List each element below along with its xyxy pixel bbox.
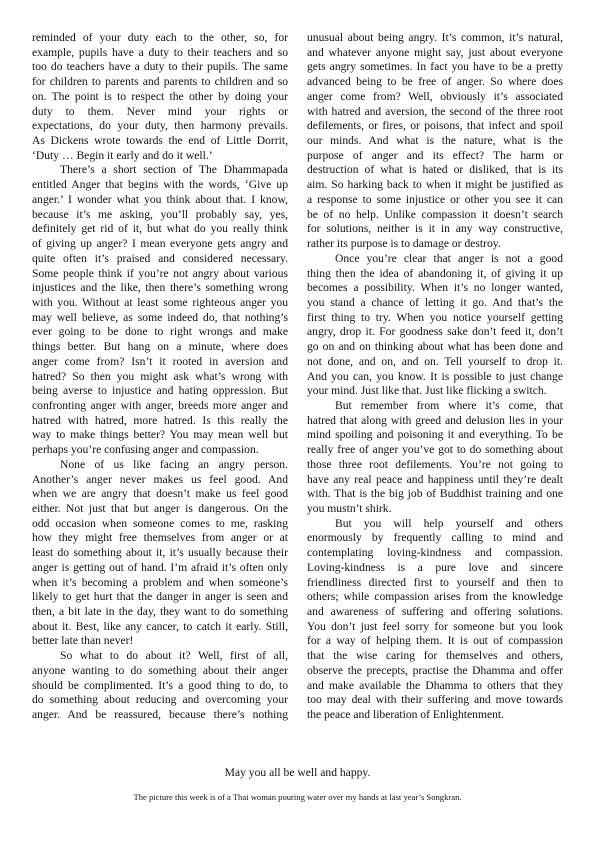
text-line: hatred that along with greed and delusio… xyxy=(307,414,563,429)
paragraph: But you will help yourself and otherseno… xyxy=(307,517,563,723)
text-line: Once you’re clear that anger is not a go… xyxy=(307,252,563,267)
text-line: quite often it’s praised and considered … xyxy=(32,252,288,267)
text-line: hatred with hatred, more hatred. Is this… xyxy=(32,414,288,429)
text-line: enormously by frequently calling to mind… xyxy=(307,531,563,546)
text-line: the peace and liberation of Enlightenmen… xyxy=(307,708,563,723)
text-line: rather its purpose is to damage or destr… xyxy=(307,237,563,252)
text-line: mind spoiling and poisoning it and every… xyxy=(307,428,563,443)
text-line: purpose of anger and its effect? The har… xyxy=(307,149,563,164)
text-line: contemplating loving-kindness and compas… xyxy=(307,546,563,561)
text-line: There’s a short section of The Dhammapad… xyxy=(32,163,288,178)
text-line: and whatever anyone might say, just abou… xyxy=(307,46,563,61)
text-line: duty to them. Never mind your rights or xyxy=(32,105,288,120)
text-line: have any real peace and happiness until … xyxy=(307,473,563,488)
paragraph: There’s a short section of The Dhammapad… xyxy=(32,163,288,457)
text-line: aim. So harking back to when it might be… xyxy=(307,178,563,193)
text-line: confronting anger with anger, breeds mor… xyxy=(32,399,288,414)
picture-caption: The picture this week is of a Thai woman… xyxy=(0,792,595,802)
text-line: gets angry sometimes. In fact you have t… xyxy=(307,60,563,75)
text-line: destruction of what is hated or disliked… xyxy=(307,163,563,178)
paragraph: reminded of your duty each to the other,… xyxy=(32,31,288,163)
text-line: You don’t just feel sorry for someone bu… xyxy=(307,620,563,635)
paragraph: So what to do about it? Well, first of a… xyxy=(32,649,288,723)
text-line: first thing to try. When you notice your… xyxy=(307,311,563,326)
text-line: either. Not just that but anger is dange… xyxy=(32,502,288,517)
text-line: your mind. Just like that. Just like fli… xyxy=(307,384,563,399)
text-line: when it’s becoming a problem and when so… xyxy=(32,576,288,591)
text-line: a response to some injustice or other yo… xyxy=(307,193,563,208)
text-line: others; while compassion arises from the… xyxy=(307,590,563,605)
text-line: perhaps you’re confusing anger and compa… xyxy=(32,443,288,458)
right-column: unusual about being angry. It’s common, … xyxy=(307,31,563,723)
left-column: reminded of your duty each to the other,… xyxy=(32,31,288,723)
text-line: for solutions, neither is it in any way … xyxy=(307,222,563,237)
text-line: things better. But hang on a minute, whe… xyxy=(32,340,288,355)
text-line: really free of anger you’ve got to do so… xyxy=(307,443,563,458)
text-line: reminded of your duty each to the other,… xyxy=(32,31,288,46)
text-line: too do teachers have a duty to their pup… xyxy=(32,60,288,75)
text-line: not done, and on, and on. Tell yourself … xyxy=(307,355,563,370)
text-line: better late than never! xyxy=(32,634,288,649)
paragraph: unusual about being angry. It’s common, … xyxy=(307,31,563,252)
text-line: And you can, you know. It is possible to… xyxy=(307,370,563,385)
text-line: example, pupils have a duty to their tea… xyxy=(32,46,288,61)
text-line: likely to get hurt that the danger in an… xyxy=(32,590,288,605)
text-line: injustices and the like, then there’s so… xyxy=(32,281,288,296)
text-line: anger come from? Isn’t it rooted in aver… xyxy=(32,355,288,370)
text-line: anger come from? Well, obviously it’s as… xyxy=(307,90,563,105)
text-line: you mustn’t shirk. xyxy=(307,502,563,517)
text-line: with. That is the big job of Buddhist tr… xyxy=(307,487,563,502)
text-line: for children to parents and parents to c… xyxy=(32,75,288,90)
text-line: odd occasion when someone comes to me, r… xyxy=(32,517,288,532)
text-line: Loving-kindness is a pure love and since… xyxy=(307,561,563,576)
text-line: unusual about being angry. It’s common, … xyxy=(307,31,563,46)
text-line: thing then the idea of abandoning it, of… xyxy=(307,267,563,282)
text-line: least do something about it, it’s usuall… xyxy=(32,546,288,561)
text-line: friendliness directed first to yourself … xyxy=(307,576,563,591)
text-line: way to make things better? You may mean … xyxy=(32,428,288,443)
text-line: anger is getting out of hand. I’m afraid… xyxy=(32,561,288,576)
text-line: Another’s anger never makes us feel good… xyxy=(32,473,288,488)
text-line: and awareness of suffering and offering … xyxy=(307,605,563,620)
text-line: our minds. And what is the nature, what … xyxy=(307,134,563,149)
text-line: advanced being to be free of anger. So w… xyxy=(307,75,563,90)
paragraph: None of us like facing an angry person.A… xyxy=(32,458,288,649)
text-line: None of us like facing an angry person. xyxy=(32,458,288,473)
text-line: being averse to injustice and hating opp… xyxy=(32,384,288,399)
text-line: ‘Duty … Begin it early and do it well.’ xyxy=(32,149,288,164)
text-line: Some people think if you’re not angry ab… xyxy=(32,267,288,282)
text-line: ever going to be done to right wrongs an… xyxy=(32,325,288,340)
text-line: on. The point is to respect the other by… xyxy=(32,90,288,105)
text-line: But remember from where it’s come, that xyxy=(307,399,563,414)
text-line: entitled Anger that begins with the word… xyxy=(32,178,288,193)
text-line: about it. Best, like any cancer, to catc… xyxy=(32,620,288,635)
text-line: be of no help. Unlike compassion it does… xyxy=(307,208,563,223)
text-line: anger. And be reassured, because there’s… xyxy=(32,708,288,723)
text-line: too may deal with their suffering and mo… xyxy=(307,693,563,708)
text-line: because it’s me asking, you’ll probably … xyxy=(32,208,288,223)
text-line: you stand a chance of letting it go. And… xyxy=(307,296,563,311)
text-line: how they might free themselves from ange… xyxy=(32,531,288,546)
text-line: go on and on thinking about what has bee… xyxy=(307,340,563,355)
text-line: becomes a possibility. When it’s no long… xyxy=(307,281,563,296)
text-line: anger.’ I wonder what you think about th… xyxy=(32,193,288,208)
text-line: do something about reducing and overcomi… xyxy=(32,693,288,708)
text-line: should be complimented. It’s a good thin… xyxy=(32,679,288,694)
closing-blessing: May you all be well and happy. xyxy=(0,766,595,779)
text-line: of giving up anger? I mean everyone gets… xyxy=(32,237,288,252)
paragraph: Once you’re clear that anger is not a go… xyxy=(307,252,563,399)
paragraph: But remember from where it’s come, thath… xyxy=(307,399,563,517)
text-line: expectations, do your duty, then harmony… xyxy=(32,119,288,134)
text-line: anyone wanting to do something about the… xyxy=(32,664,288,679)
document-page: reminded of your duty each to the other,… xyxy=(0,0,595,842)
text-line: then, a bit late in the day, they want t… xyxy=(32,605,288,620)
text-line: hatred? So then you might ask what’s wro… xyxy=(32,370,288,385)
text-line: observe the precepts, practise the Dhamm… xyxy=(307,664,563,679)
text-line: that the wise caring for themselves and … xyxy=(307,649,563,664)
text-line: with hatred and aversion, the second of … xyxy=(307,105,563,120)
text-line: As Dickens wrote towards the end of Litt… xyxy=(32,134,288,149)
text-line: defilements, or fires, or poisons, that … xyxy=(307,119,563,134)
text-line: and make available the Dhamma to others … xyxy=(307,679,563,694)
text-line: when we are angry that doesn’t make us f… xyxy=(32,487,288,502)
text-line: with you. Without at least some righteou… xyxy=(32,296,288,311)
text-line: So what to do about it? Well, first of a… xyxy=(32,649,288,664)
text-line: may well believe, as some indeed do, tha… xyxy=(32,311,288,326)
text-line: definitely get rid of it, but what do yo… xyxy=(32,222,288,237)
text-line: angry, drop it. For goodness sake don’t … xyxy=(307,325,563,340)
text-line: those three root defilements. You’re not… xyxy=(307,458,563,473)
text-line: for a way of helping them. It is out of … xyxy=(307,634,563,649)
text-line: But you will help yourself and others xyxy=(307,517,563,532)
